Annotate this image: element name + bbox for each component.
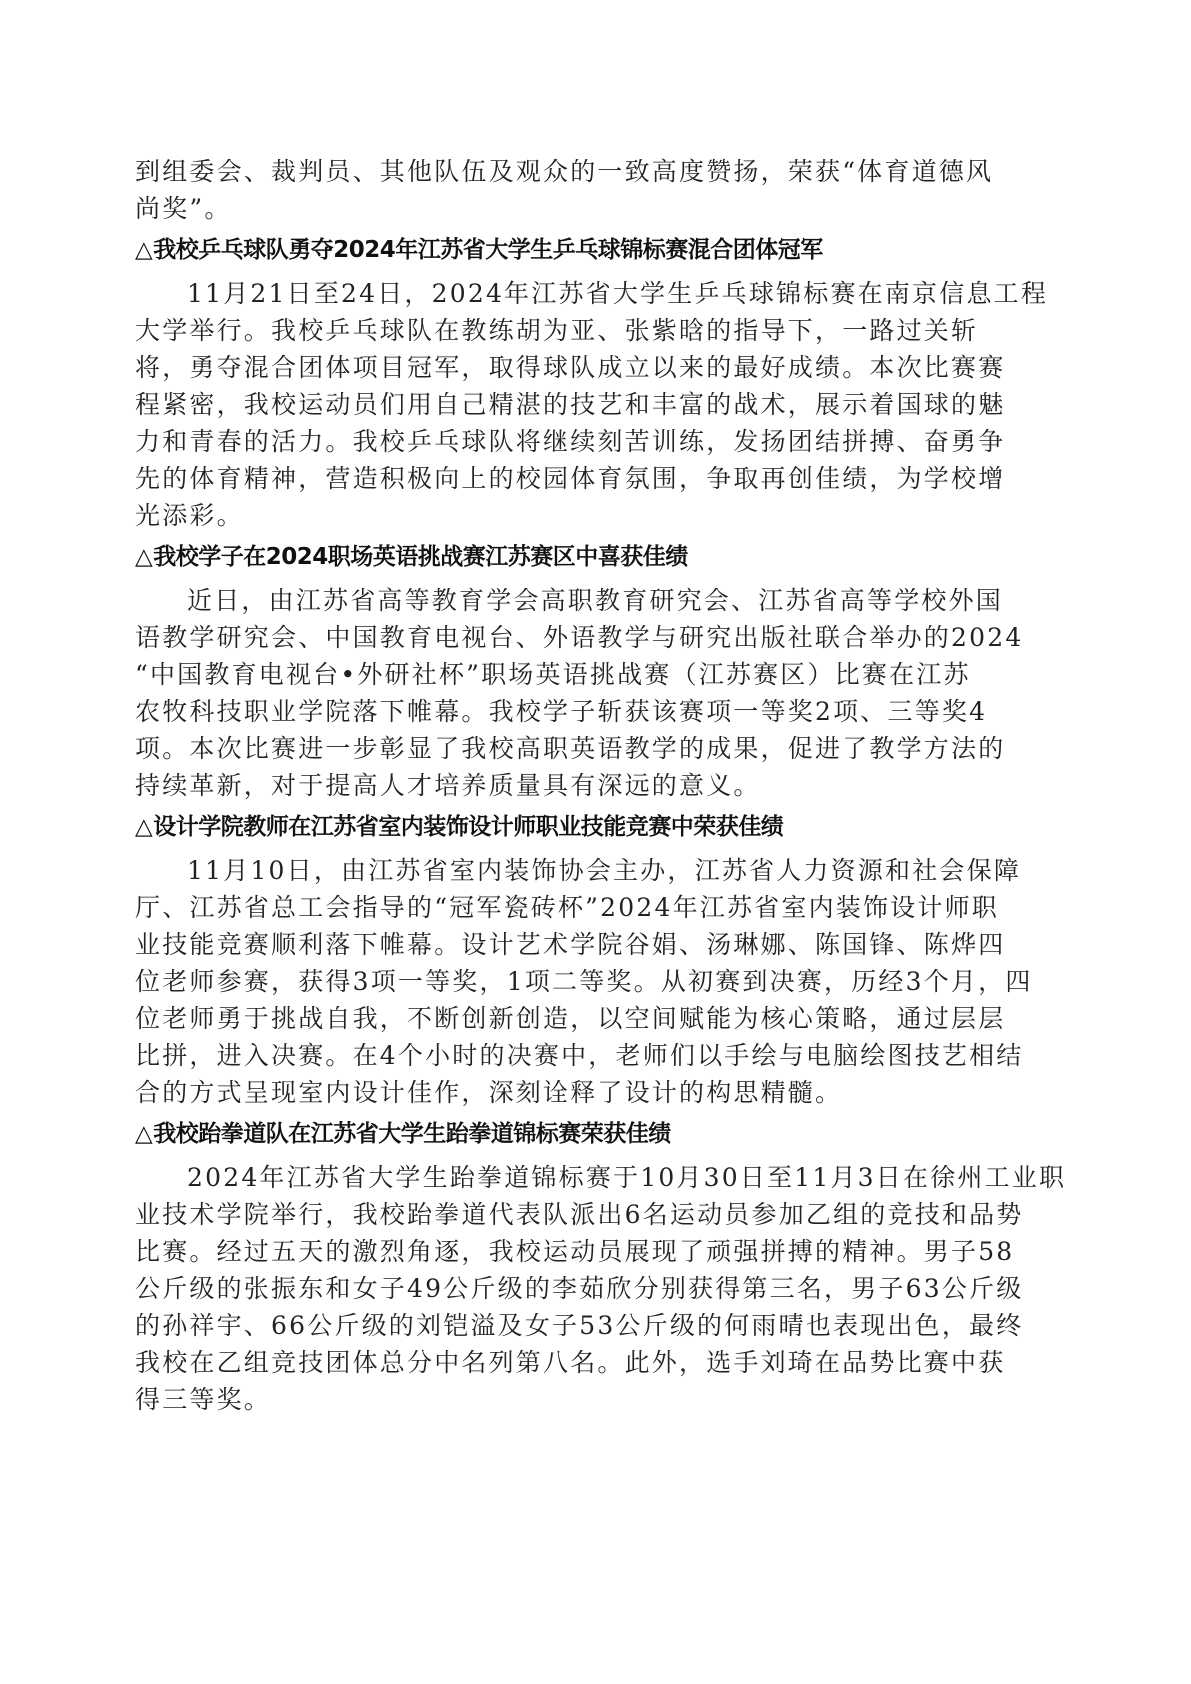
paragraph-line: 到组委会、裁判员、其他队伍及观众的一致高度赞扬，荣获“体育道德风 [135, 153, 1035, 190]
paragraph-line: 比拼，进入决赛。在4个小时的决赛中，老师们以手绘与电脑绘图技艺相结 [135, 1037, 1035, 1074]
section-title: 设计学院教师在江苏省室内装饰设计师职业技能竞赛中荣获佳绩 [153, 814, 783, 840]
paragraph-line: 的孙祥宇、66公斤级的刘铠溢及女子53公斤级的何雨晴也表现出色，最终 [135, 1307, 1035, 1344]
triangle-icon: △ [135, 542, 152, 572]
paragraph-line: 先的体育精神，营造积极向上的校园体育氛围，争取再创佳绩，为学校增 [135, 460, 1035, 497]
section-title: 我校乒乓球队勇夺2024年江苏省大学生乒乓球锦标赛混合团体冠军 [153, 237, 823, 263]
paragraph-line: 持续革新，对于提高人才培养质量具有深远的意义。 [135, 767, 1035, 804]
paragraph-line: 业技术学院举行，我校跆拳道代表队派出6名运动员参加乙组的竞技和品势 [135, 1196, 1035, 1233]
paragraph-line: 将，勇夺混合团体项目冠军，取得球队成立以来的最好成绩。本次比赛赛 [135, 349, 1035, 386]
intro-tail-paragraph: 到组委会、裁判员、其他队伍及观众的一致高度赞扬，荣获“体育道德风 尚奖”。 [135, 153, 1035, 227]
section-heading: △我校乒乓球队勇夺2024年江苏省大学生乒乓球锦标赛混合团体冠军 [135, 235, 1035, 265]
paragraph-line: 尚奖”。 [135, 190, 1035, 227]
news-section-taekwondo: △我校跆拳道队在江苏省大学生跆拳道锦标赛荣获佳绩 2024年江苏省大学生跆拳道锦… [135, 1119, 1035, 1418]
triangle-icon: △ [135, 1119, 152, 1149]
section-heading: △我校跆拳道队在江苏省大学生跆拳道锦标赛荣获佳绩 [135, 1119, 1035, 1149]
news-section-english-challenge: △我校学子在2024职场英语挑战赛江苏赛区中喜获佳绩 近日，由江苏省高等教育学会… [135, 542, 1035, 804]
paragraph-line: “中国教育电视台•外研社杯”职场英语挑战赛（江苏赛区）比赛在江苏 [135, 656, 1035, 693]
paragraph-line: 得三等奖。 [135, 1381, 1035, 1418]
paragraph-line: 力和青春的活力。我校乒乓球队将继续刻苦训练，发扬团结拼搏、奋勇争 [135, 423, 1035, 460]
paragraph-line: 公斤级的张振东和女子49公斤级的李茹欣分别获得第三名，男子63公斤级 [135, 1270, 1035, 1307]
paragraph-line: 合的方式呈现室内设计佳作，深刻诠释了设计的构思精髓。 [135, 1074, 1035, 1111]
section-title: 我校跆拳道队在江苏省大学生跆拳道锦标赛荣获佳绩 [153, 1121, 671, 1147]
paragraph-line: 11月10日，由江苏省室内装饰协会主办，江苏省人力资源和社会保障 [135, 852, 1035, 889]
paragraph-line: 农牧科技职业学院落下帷幕。我校学子斩获该赛项一等奖2项、三等奖4 [135, 693, 1035, 730]
triangle-icon: △ [135, 812, 152, 842]
paragraph-line: 光添彩。 [135, 497, 1035, 534]
paragraph-line: 位老师勇于挑战自我，不断创新创造，以空间赋能为核心策略，通过层层 [135, 1000, 1035, 1037]
paragraph-line: 我校在乙组竞技团体总分中名列第八名。此外，选手刘琦在品势比赛中获 [135, 1344, 1035, 1381]
paragraph-line: 比赛。经过五天的激烈角逐，我校运动员展现了顽强拼搏的精神。男子58 [135, 1233, 1035, 1270]
paragraph-line: 厅、江苏省总工会指导的“冠军瓷砖杯”2024年江苏省室内装饰设计师职 [135, 889, 1035, 926]
paragraph-line: 程紧密，我校运动员们用自己精湛的技艺和丰富的战术，展示着国球的魅 [135, 386, 1035, 423]
paragraph-line: 大学举行。我校乒乓球队在教练胡为亚、张紫晗的指导下，一路过关斩 [135, 312, 1035, 349]
news-section-interior-design: △设计学院教师在江苏省室内装饰设计师职业技能竞赛中荣获佳绩 11月10日，由江苏… [135, 812, 1035, 1111]
paragraph-line: 项。本次比赛进一步彰显了我校高职英语教学的成果，促进了教学方法的 [135, 730, 1035, 767]
section-title: 我校学子在2024职场英语挑战赛江苏赛区中喜获佳绩 [153, 544, 688, 570]
paragraph-line: 近日，由江苏省高等教育学会高职教育研究会、江苏省高等学校外国 [135, 582, 1035, 619]
paragraph-line: 2024年江苏省大学生跆拳道锦标赛于10月30日至11月3日在徐州工业职 [135, 1159, 1035, 1196]
section-heading: △我校学子在2024职场英语挑战赛江苏赛区中喜获佳绩 [135, 542, 1035, 572]
triangle-icon: △ [135, 235, 152, 265]
paragraph-line: 位老师参赛，获得3项一等奖，1项二等奖。从初赛到决赛，历经3个月，四 [135, 963, 1035, 1000]
paragraph-line: 语教学研究会、中国教育电视台、外语教学与研究出版社联合举办的2024 [135, 619, 1035, 656]
document-page: 到组委会、裁判员、其他队伍及观众的一致高度赞扬，荣获“体育道德风 尚奖”。 △我… [135, 153, 1035, 1418]
paragraph-line: 业技能竞赛顺利落下帷幕。设计艺术学院谷娟、汤琳娜、陈国锋、陈烨四 [135, 926, 1035, 963]
paragraph-line: 11月21日至24日，2024年江苏省大学生乒乓球锦标赛在南京信息工程 [135, 275, 1035, 312]
news-section-table-tennis: △我校乒乓球队勇夺2024年江苏省大学生乒乓球锦标赛混合团体冠军 11月21日至… [135, 235, 1035, 534]
section-heading: △设计学院教师在江苏省室内装饰设计师职业技能竞赛中荣获佳绩 [135, 812, 1035, 842]
